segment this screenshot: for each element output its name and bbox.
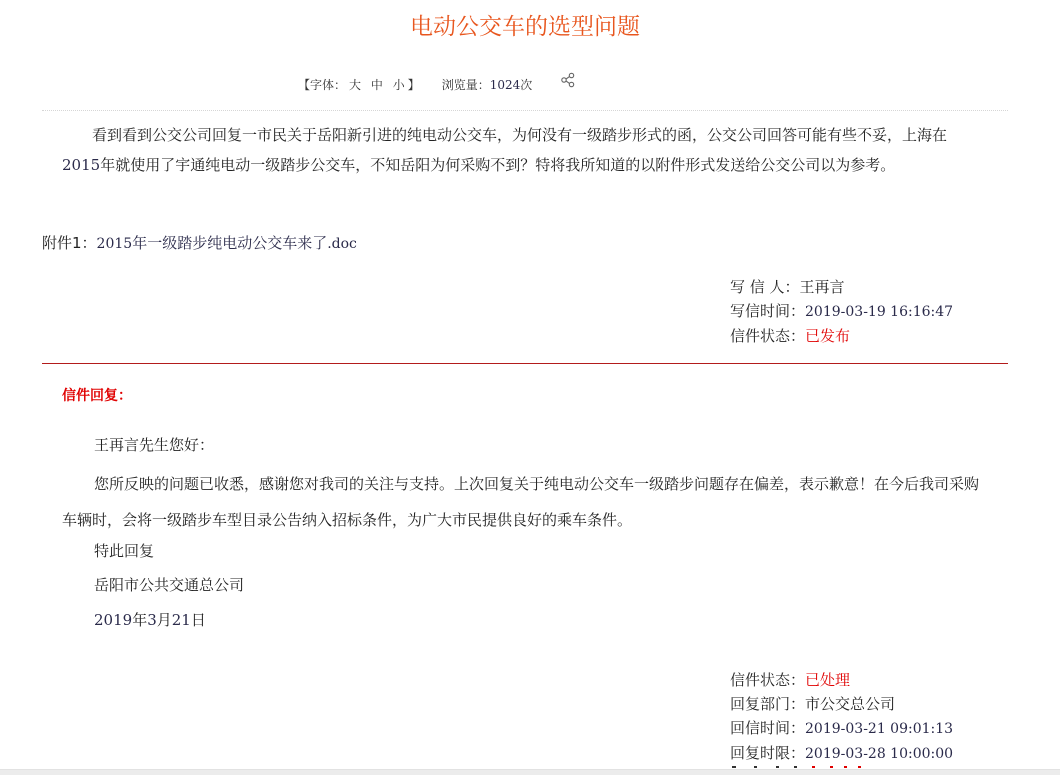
info-value: 2019-03-28 10:00:00 — [805, 746, 953, 762]
font-size-medium[interactable]: 中 — [371, 78, 383, 92]
share-icon[interactable] — [560, 72, 576, 88]
letter-info-status: 信件状态：已发布 — [730, 324, 953, 348]
info-label: 信件状态： — [730, 671, 805, 689]
view-count-unit: 次 — [520, 78, 532, 92]
clipped-glyph — [830, 766, 833, 768]
reply-info: 信件状态：已处理 回复部门：市公交总公司 回信时间：2019-03-21 09:… — [730, 668, 953, 766]
letter-body-year: 2015 — [62, 156, 100, 174]
info-value: 2019-03-21 09:01:13 — [805, 721, 953, 737]
letter-info-author: 写 信 人：王再言 — [730, 275, 953, 299]
info-label: 信件状态： — [730, 327, 805, 345]
status-badge: 已处理 — [805, 671, 850, 689]
info-value: 市公交总公司 — [805, 695, 895, 713]
reply-date: 2019年3月21日 — [94, 605, 206, 635]
reply-info-time: 回信时间：2019-03-21 09:01:13 — [730, 716, 953, 741]
reply-body: 您所反映的问题已收悉，感谢您对我司的关注与支持。上次回复关于纯电动公交车一级踏步… — [62, 466, 982, 538]
info-label: 回复部门： — [730, 695, 805, 713]
page-title: 电动公交车的选型问题 — [0, 8, 1050, 41]
attachment-ext: .doc — [327, 236, 357, 252]
letter-info-time: 写信时间：2019-03-19 16:16:47 — [730, 299, 953, 324]
reply-signature: 岳阳市公共交通总公司 — [94, 570, 244, 600]
article-meta: 【字体： 大 中 小 】 浏览量：1024次 — [298, 76, 532, 93]
clipped-glyph — [844, 766, 847, 768]
font-size-label-close: 】 — [408, 76, 420, 93]
info-label: 写 信 人： — [730, 278, 800, 296]
date-m: 月 — [157, 611, 172, 629]
info-value: 王再言 — [800, 278, 845, 296]
font-size-label-open: 【字体： — [298, 76, 346, 93]
clipped-glyph — [794, 766, 797, 768]
reply-info-deadline: 回复时限：2019-03-28 10:00:00 — [730, 741, 953, 766]
info-label: 回信时间： — [730, 719, 805, 737]
view-count-label: 浏览量： — [442, 78, 490, 92]
letter-body-text-1: 看到看到公交公司回复一市民关于岳阳新引进的纯电动公交车，为何没有一级踏步形式的函… — [92, 126, 947, 144]
font-size-small[interactable]: 小 — [393, 78, 405, 92]
reply-info-department: 回复部门：市公交总公司 — [730, 692, 953, 716]
reply-greeting: 王再言先生您好： — [94, 430, 214, 460]
attachment-link[interactable]: 2015年一级踏步纯电动公交车来了.doc — [97, 236, 357, 252]
view-count-value: 1024 — [490, 78, 521, 92]
attachment-name: 年一级踏步纯电动公交车来了 — [132, 234, 327, 252]
letter-info: 写 信 人：王再言 写信时间：2019-03-19 16:16:47 信件状态：… — [730, 275, 953, 348]
clipped-glyph — [812, 766, 815, 768]
horizontal-scrollbar[interactable] — [0, 769, 1060, 775]
status-badge: 已发布 — [805, 327, 850, 345]
date-month: 3 — [147, 611, 157, 629]
view-count: 浏览量：1024次 — [442, 76, 533, 93]
info-value: 2019-03-19 16:16:47 — [805, 304, 953, 320]
date-year: 2019 — [94, 611, 132, 629]
meta-divider — [42, 110, 1008, 111]
reply-closing: 特此回复 — [94, 536, 154, 566]
font-size-large[interactable]: 大 — [349, 78, 361, 92]
attachment-year: 2015 — [97, 236, 133, 252]
reply-info-status: 信件状态：已处理 — [730, 668, 953, 692]
date-y: 年 — [132, 611, 147, 629]
info-label: 写信时间： — [730, 302, 805, 320]
clipped-glyph — [858, 766, 861, 768]
attachment: 附件1：2015年一级踏步纯电动公交车来了.doc — [42, 228, 357, 259]
clipped-glyph — [776, 766, 779, 768]
date-day: 21 — [172, 611, 191, 629]
clipped-glyph — [754, 766, 757, 768]
info-label: 回复时限： — [730, 744, 805, 762]
letter-body-text-2: 年就使用了宇通纯电动一级踏步公交车，不知岳阳为何采购不到？特将我所知道的以附件形… — [100, 156, 895, 174]
date-d: 日 — [191, 611, 206, 629]
reply-section-label: 信件回复： — [62, 385, 132, 405]
font-size-options: 大 中 小 — [346, 76, 408, 93]
attachment-label: 附件1： — [42, 234, 97, 252]
reply-divider — [42, 363, 1008, 364]
letter-body: 看到看到公交公司回复一市民关于岳阳新引进的纯电动公交车，为何没有一级踏步形式的函… — [62, 120, 982, 180]
clipped-glyph — [732, 766, 736, 768]
